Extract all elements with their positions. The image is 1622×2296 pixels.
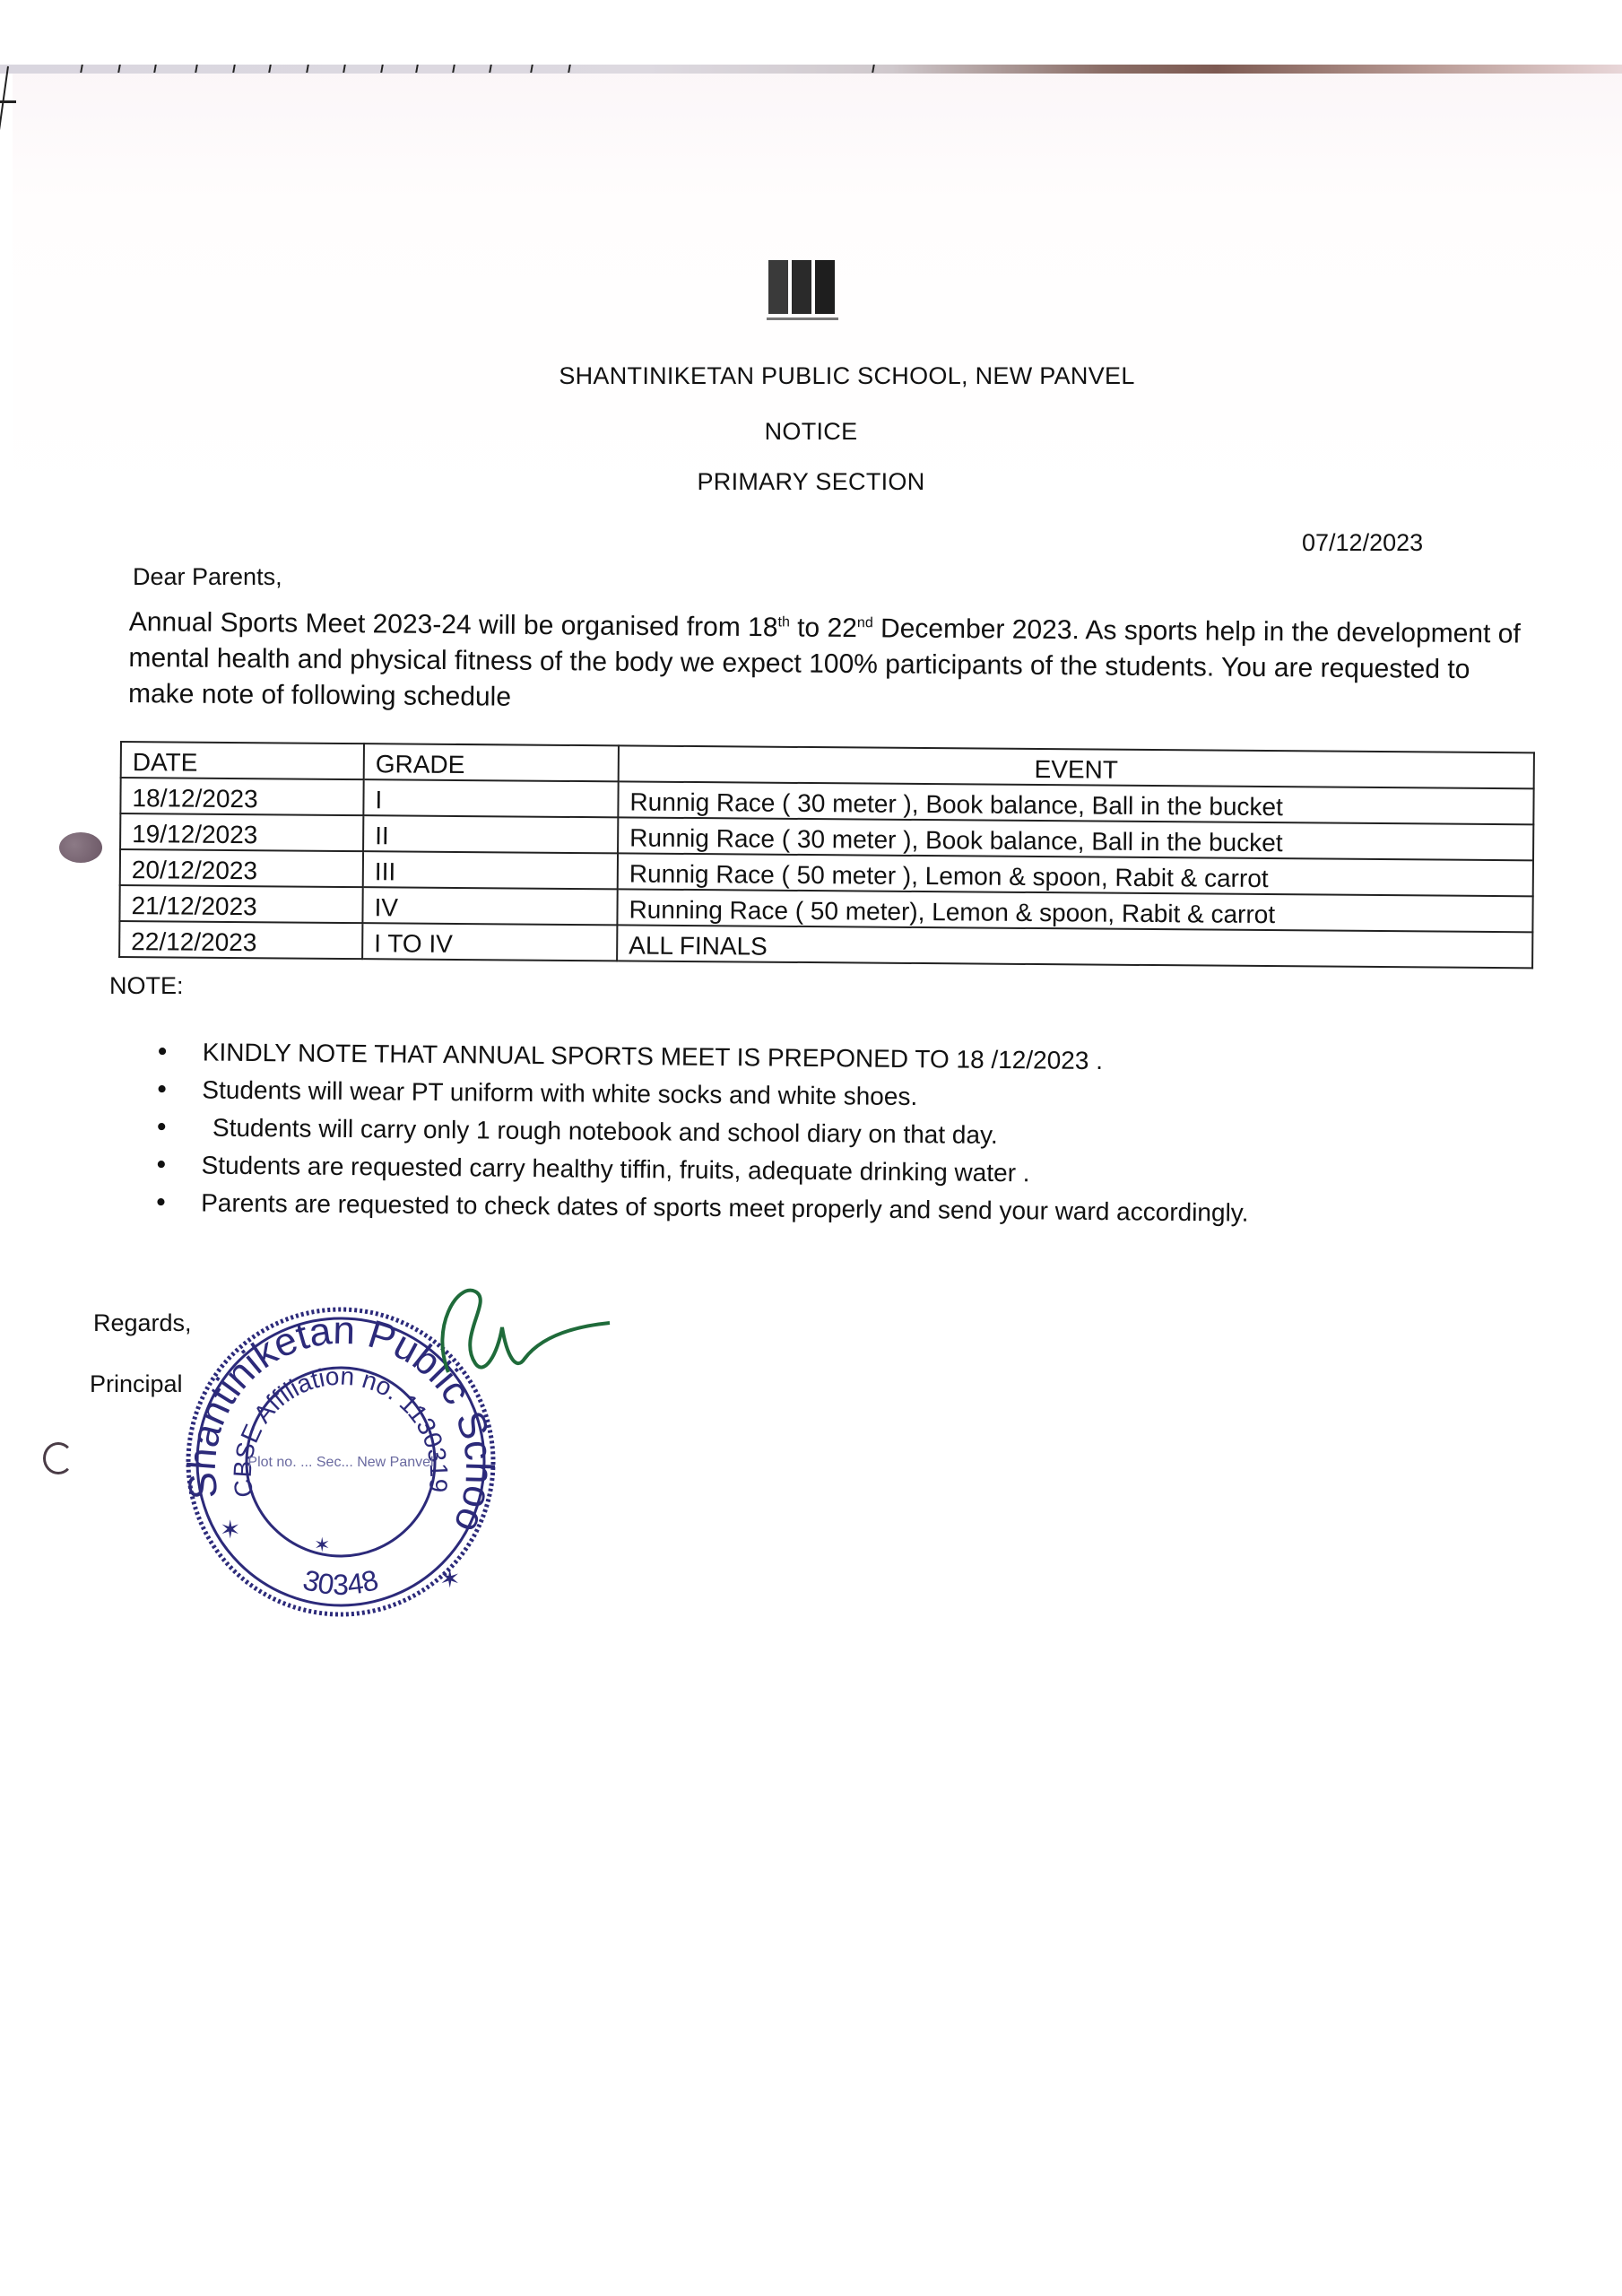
cell-date: 22/12/2023 xyxy=(119,921,362,959)
page-top-edge xyxy=(0,65,1622,74)
school-logo-icon xyxy=(767,260,838,325)
cell-grade: I TO IV xyxy=(362,923,617,961)
salutation: Dear Parents, xyxy=(133,563,282,591)
punch-hole-icon xyxy=(43,1442,74,1474)
cell-event: ALL FINALS xyxy=(617,925,1532,968)
signatory-title: Principal xyxy=(90,1370,183,1398)
cell-date: 19/12/2023 xyxy=(120,813,363,851)
cell-date: 18/12/2023 xyxy=(120,778,363,815)
svg-text:✶: ✶ xyxy=(314,1534,330,1556)
school-name: SHANTINIKETAN PUBLIC SCHOOL, NEW PANVEL xyxy=(36,362,1622,390)
svg-text:✶: ✶ xyxy=(439,1565,460,1593)
cell-date: 21/12/2023 xyxy=(119,885,362,923)
cell-grade: I xyxy=(363,779,618,817)
margin-line xyxy=(0,66,9,182)
svg-text:✶: ✶ xyxy=(220,1516,240,1544)
cell-grade: IV xyxy=(362,887,617,925)
column-header-grade: GRADE xyxy=(364,744,619,781)
margin-mark xyxy=(0,100,16,103)
punch-hole-icon xyxy=(59,832,102,863)
svg-text:30348: 30348 xyxy=(299,1563,381,1601)
section-title: PRIMARY SECTION xyxy=(0,468,1622,496)
principal-signature-icon xyxy=(421,1274,619,1390)
schedule-table: DATE GRADE EVENT 18/12/2023IRunnig Race … xyxy=(118,741,1535,969)
note-label: NOTE: xyxy=(109,972,184,1000)
notice-title: NOTICE xyxy=(0,418,1622,446)
cell-date: 20/12/2023 xyxy=(120,849,363,887)
cell-grade: II xyxy=(363,815,618,853)
svg-text:Plot no. ... Sec... New Panvel: Plot no. ... Sec... New Panvel xyxy=(247,1455,433,1470)
cell-grade: III xyxy=(363,851,618,889)
notes-list: KINDLY NOTE THAT ANNUAL SPORTS MEET IS P… xyxy=(156,1033,1250,1232)
notice-date: 07/12/2023 xyxy=(1302,529,1423,557)
intro-paragraph: Annual Sports Meet 2023-24 will be organ… xyxy=(128,599,1528,725)
column-header-date: DATE xyxy=(121,742,364,779)
